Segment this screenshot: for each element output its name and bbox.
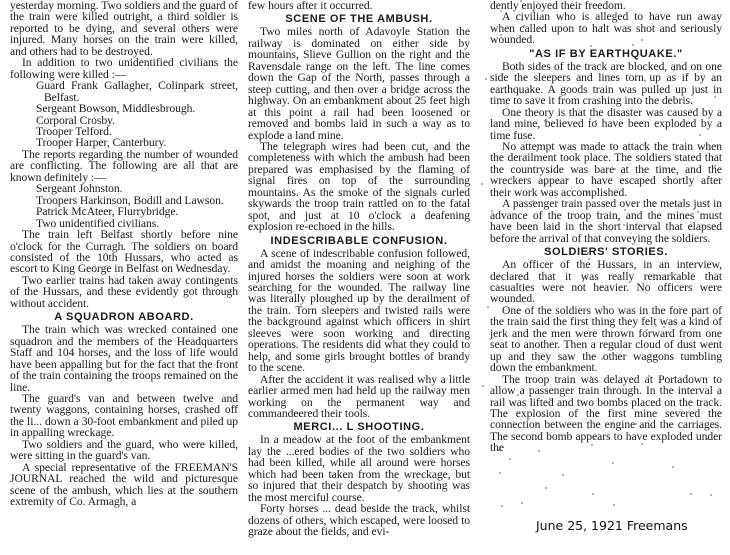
print-speckle [601,26,603,28]
article-paragraph: A civilian who is alleged to have run aw… [490,11,722,45]
print-speckle [595,120,597,122]
print-speckle [644,80,646,82]
print-speckle [513,114,515,116]
print-speckle [627,204,629,206]
article-paragraph: few hours after it occurred. [248,0,470,11]
name-list-item: Sergeant Bowson, Middlesbrough. [36,103,238,114]
name-list: Sergeant Johnston.Troopers Harkinson, Bo… [10,183,238,229]
print-speckle [548,249,550,251]
print-speckle [525,155,527,157]
print-speckle [589,118,591,120]
print-speckle [521,502,523,504]
article-paragraph: A scene of indescribable confusion follo… [248,248,470,374]
print-speckle [482,385,484,387]
print-speckle [566,178,568,180]
print-speckle [697,211,699,213]
print-speckle [545,183,547,185]
section-heading: INDESCRIBABLE CONFUSION. [248,235,470,247]
print-speckle [545,487,547,489]
section-heading: MERCI... L SHOOTING. [248,421,470,433]
print-speckle [592,493,594,495]
print-speckle [642,254,644,256]
print-speckle [590,224,592,226]
article-paragraph: One of the soldiers who was in the fore … [490,305,722,374]
name-list: Guard Frank Gallagher, Colinpark street,… [10,80,238,149]
article-paragraph: One theory is that the disaster was caus… [490,107,722,141]
print-speckle [549,398,551,400]
print-speckle [500,10,502,12]
print-speckle [587,192,589,194]
article-paragraph: The guard's van and between twelve and t… [10,393,238,439]
print-speckle [485,78,487,80]
print-speckle [635,423,637,425]
print-speckle [520,0,522,2]
print-speckle [481,183,483,185]
print-speckle [632,44,634,46]
print-speckle [582,280,584,282]
article-paragraph: Two miles north of Adavoyle Station the … [248,26,470,141]
print-speckle [532,200,534,202]
print-speckle [609,214,611,216]
section-heading: "AS IF BY EARTHQUAKE." [490,48,722,60]
print-speckle [509,458,511,460]
print-speckle [673,69,675,71]
article-paragraph: The troop train was delayed at Portadown… [490,374,722,454]
print-speckle [587,252,589,254]
article-paragraph: A special representative of the FREEMAN'… [10,462,238,508]
print-speckle [562,474,564,476]
print-speckle [710,494,712,496]
print-speckle [663,326,665,328]
column-2: few hours after it occurred.SCENE OF THE… [248,0,470,537]
print-speckle [665,332,667,334]
print-speckle [624,209,626,211]
clipping-caption: June 25, 1921 Freemans [534,518,690,533]
print-speckle [509,226,511,228]
print-speckle [615,12,617,14]
print-speckle [588,258,590,260]
print-speckle [523,25,525,27]
print-speckle [500,34,502,36]
print-speckle [623,224,625,226]
print-speckle [546,390,548,392]
article-paragraph: In a meadow at the foot of the embankmen… [248,434,470,503]
print-speckle [508,124,510,126]
print-speckle [544,120,546,122]
print-speckle [521,19,523,21]
print-speckle [590,376,592,378]
print-speckle [510,404,512,406]
print-speckle [495,181,497,183]
print-speckle [623,239,625,241]
print-speckle [491,210,493,212]
print-speckle [707,438,709,440]
print-speckle [487,306,489,308]
print-speckle [714,165,716,167]
article-paragraph: Two earlier trains had taken away contin… [10,275,238,309]
print-speckle [559,182,561,184]
section-heading: A SQUADRON ABOARD. [10,311,238,323]
print-speckle [587,427,589,429]
print-speckle [686,74,688,76]
print-speckle [644,143,646,145]
article-paragraph: The train which was wrecked contained on… [10,324,238,393]
print-speckle [613,504,615,506]
print-speckle [690,493,692,495]
section-heading: SCENE OF THE AMBUSH. [248,13,470,25]
print-speckle [601,358,603,360]
print-speckle [653,355,655,357]
article-paragraph: The telegraph wires had been cut, and th… [248,141,470,233]
article-paragraph: An officer of the Hussars, in an intervi… [490,259,722,305]
print-speckle [501,505,503,507]
print-speckle [646,329,648,331]
print-speckle [614,168,616,170]
article-paragraph: The train left Belfast shortly before ni… [10,229,238,275]
name-list-item: Patrick McAteer, Flurrybridge. [36,206,238,217]
article-paragraph: No attempt was made to attack the train … [490,141,722,198]
print-speckle [617,248,619,250]
print-speckle [699,134,701,136]
print-speckle [702,345,704,347]
newspaper-clipping: yesterday morning. Two soldiers and the … [0,0,730,555]
column-1: yesterday morning. Two soldiers and the … [10,0,238,507]
print-speckle [597,211,599,213]
print-speckle [600,286,602,288]
print-speckle [517,394,519,396]
print-speckle [602,119,604,121]
print-speckle [499,472,501,474]
print-speckle [538,450,540,452]
print-speckle [655,325,657,327]
print-speckle [578,55,580,57]
article-paragraph: Forty horses ... dead beside the track, … [248,503,470,537]
article-paragraph: After the accident it was realised why a… [248,374,470,420]
print-speckle [714,96,716,98]
column-3: dently enjoyed their freedom.A civilian … [490,0,722,454]
article-paragraph: In addition to two unidentified civilian… [10,57,238,80]
print-speckle [590,45,592,47]
print-speckle [672,466,674,468]
name-list-item: Sergeant Johnston. [36,183,238,194]
print-speckle [662,67,664,69]
print-speckle [612,462,614,464]
article-paragraph: The reports regarding the number of woun… [10,149,238,183]
print-speckle [498,449,500,451]
print-speckle [611,423,613,425]
article-paragraph: A passenger train passed over the metals… [490,198,722,244]
print-speckle [536,423,538,425]
article-paragraph: Two soldiers and the guard, who were kil… [10,439,238,462]
print-speckle [536,150,538,152]
name-list-item: Guard Frank Gallagher, Colinpark street,… [36,80,238,103]
article-paragraph: Both sides of the track are blocked, and… [490,61,722,107]
print-speckle [591,444,593,446]
article-paragraph: yesterday morning. Two soldiers and the … [10,0,238,57]
print-speckle [648,375,650,377]
section-heading: SOLDIERS' STORIES. [490,246,722,258]
print-speckle [641,443,643,445]
print-speckle [641,39,643,41]
